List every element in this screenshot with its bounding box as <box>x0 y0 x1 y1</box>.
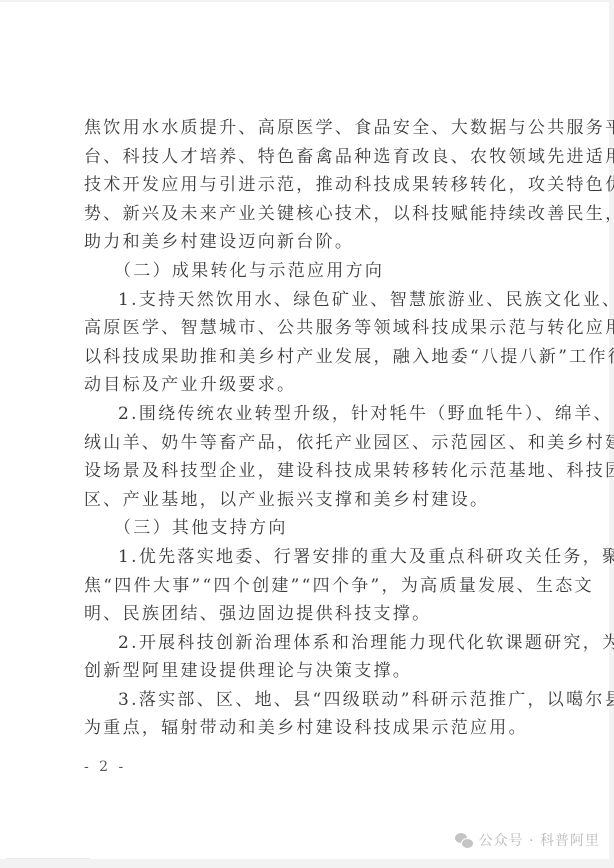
text-line: 为重点，辐射带动和美乡村建设科技成果示范应用。 <box>84 714 530 743</box>
section-heading-2: （二）成果转化与示范应用方向 <box>84 257 530 286</box>
list-item: 2.围绕传统农业转型升级，针对牦牛（野血牦牛）、绵羊、 绒山羊、奶牛等畜产品，依… <box>84 400 530 514</box>
list-item: 2.开展科技创新治理体系和治理能力现代化软课题研究，为 创新型阿里建设提供理论与… <box>84 629 530 686</box>
text-line: 助力和美乡村建设迈向新台阶。 <box>84 228 530 257</box>
text-line: 2.开展科技创新治理体系和治理能力现代化软课题研究，为 <box>84 629 530 658</box>
text-line: 创新型阿里建设提供理论与决策支撑。 <box>84 657 530 686</box>
section-heading-3: （三）其他支持方向 <box>84 514 530 543</box>
list-item: 3.落实部、区、地、县“四级联动”科研示范推广，以噶尔县 为重点，辐射带动和美乡… <box>84 686 530 743</box>
document-body: 焦饮用水水质提升、高原医学、食品安全、大数据与公共服务平 台、科技人才培养、特色… <box>84 114 530 743</box>
page-number: - 2 - <box>84 759 126 775</box>
text-line: 3.落实部、区、地、县“四级联动”科研示范推广，以噶尔县 <box>84 686 530 715</box>
page-shadow-divider <box>6 858 90 859</box>
text-line: 1.支持天然饮用水、绿色矿业、智慧旅游业、民族文化业、 <box>84 286 530 315</box>
text-line: 明、民族团结、强边固边提供科技支撑。 <box>84 600 530 629</box>
text-line: 焦“四件大事”“四个创建”“四个争”，为高质量发展、生态文 <box>84 572 530 601</box>
text-line: 高原医学、智慧城市、公共服务等领域科技成果示范与转化应用， <box>84 314 530 343</box>
text-line: 以科技成果助推和美乡村产业发展，融入地委“八提八新”工作行 <box>84 343 530 372</box>
text-line: 势、新兴及未来产业关键核心技术，以科技赋能持续改善民生， <box>84 200 530 229</box>
document-page: 焦饮用水水质提升、高原医学、食品安全、大数据与公共服务平 台、科技人才培养、特色… <box>0 2 609 859</box>
text-line: 焦饮用水水质提升、高原医学、食品安全、大数据与公共服务平 <box>84 114 530 143</box>
wechat-watermark: 公众号 · 科普阿里 <box>455 830 600 850</box>
text-line: 绒山羊、奶牛等畜产品，依托产业园区、示范园区、和美乡村建 <box>84 429 530 458</box>
heading-text: （二）成果转化与示范应用方向 <box>84 257 530 286</box>
wechat-icon <box>455 832 473 848</box>
text-line: 区、产业基地，以产业振兴支撑和美乡村建设。 <box>84 486 530 515</box>
paragraph-body-continuation: 焦饮用水水质提升、高原医学、食品安全、大数据与公共服务平 台、科技人才培养、特色… <box>84 114 530 257</box>
list-item: 1.支持天然饮用水、绿色矿业、智慧旅游业、民族文化业、 高原医学、智慧城市、公共… <box>84 286 530 400</box>
watermark-text: 公众号 · 科普阿里 <box>479 830 600 850</box>
text-line: 2.围绕传统农业转型升级，针对牦牛（野血牦牛）、绵羊、 <box>84 400 530 429</box>
text-line: 设场景及科技型企业，建设科技成果转移转化示范基地、科技园 <box>84 457 530 486</box>
list-item: 1.优先落实地委、行署安排的重大及重点科研攻关任务，聚 焦“四件大事”“四个创建… <box>84 543 530 629</box>
heading-text: （三）其他支持方向 <box>84 514 530 543</box>
text-line: 1.优先落实地委、行署安排的重大及重点科研攻关任务，聚 <box>84 543 530 572</box>
text-line: 动目标及产业升级要求。 <box>84 371 530 400</box>
text-line: 技术开发应用与引进示范，推动科技成果转移转化，攻关特色优 <box>84 171 530 200</box>
text-line: 台、科技人才培养、特色畜禽品种选育改良、农牧领域先进适用 <box>84 143 530 172</box>
